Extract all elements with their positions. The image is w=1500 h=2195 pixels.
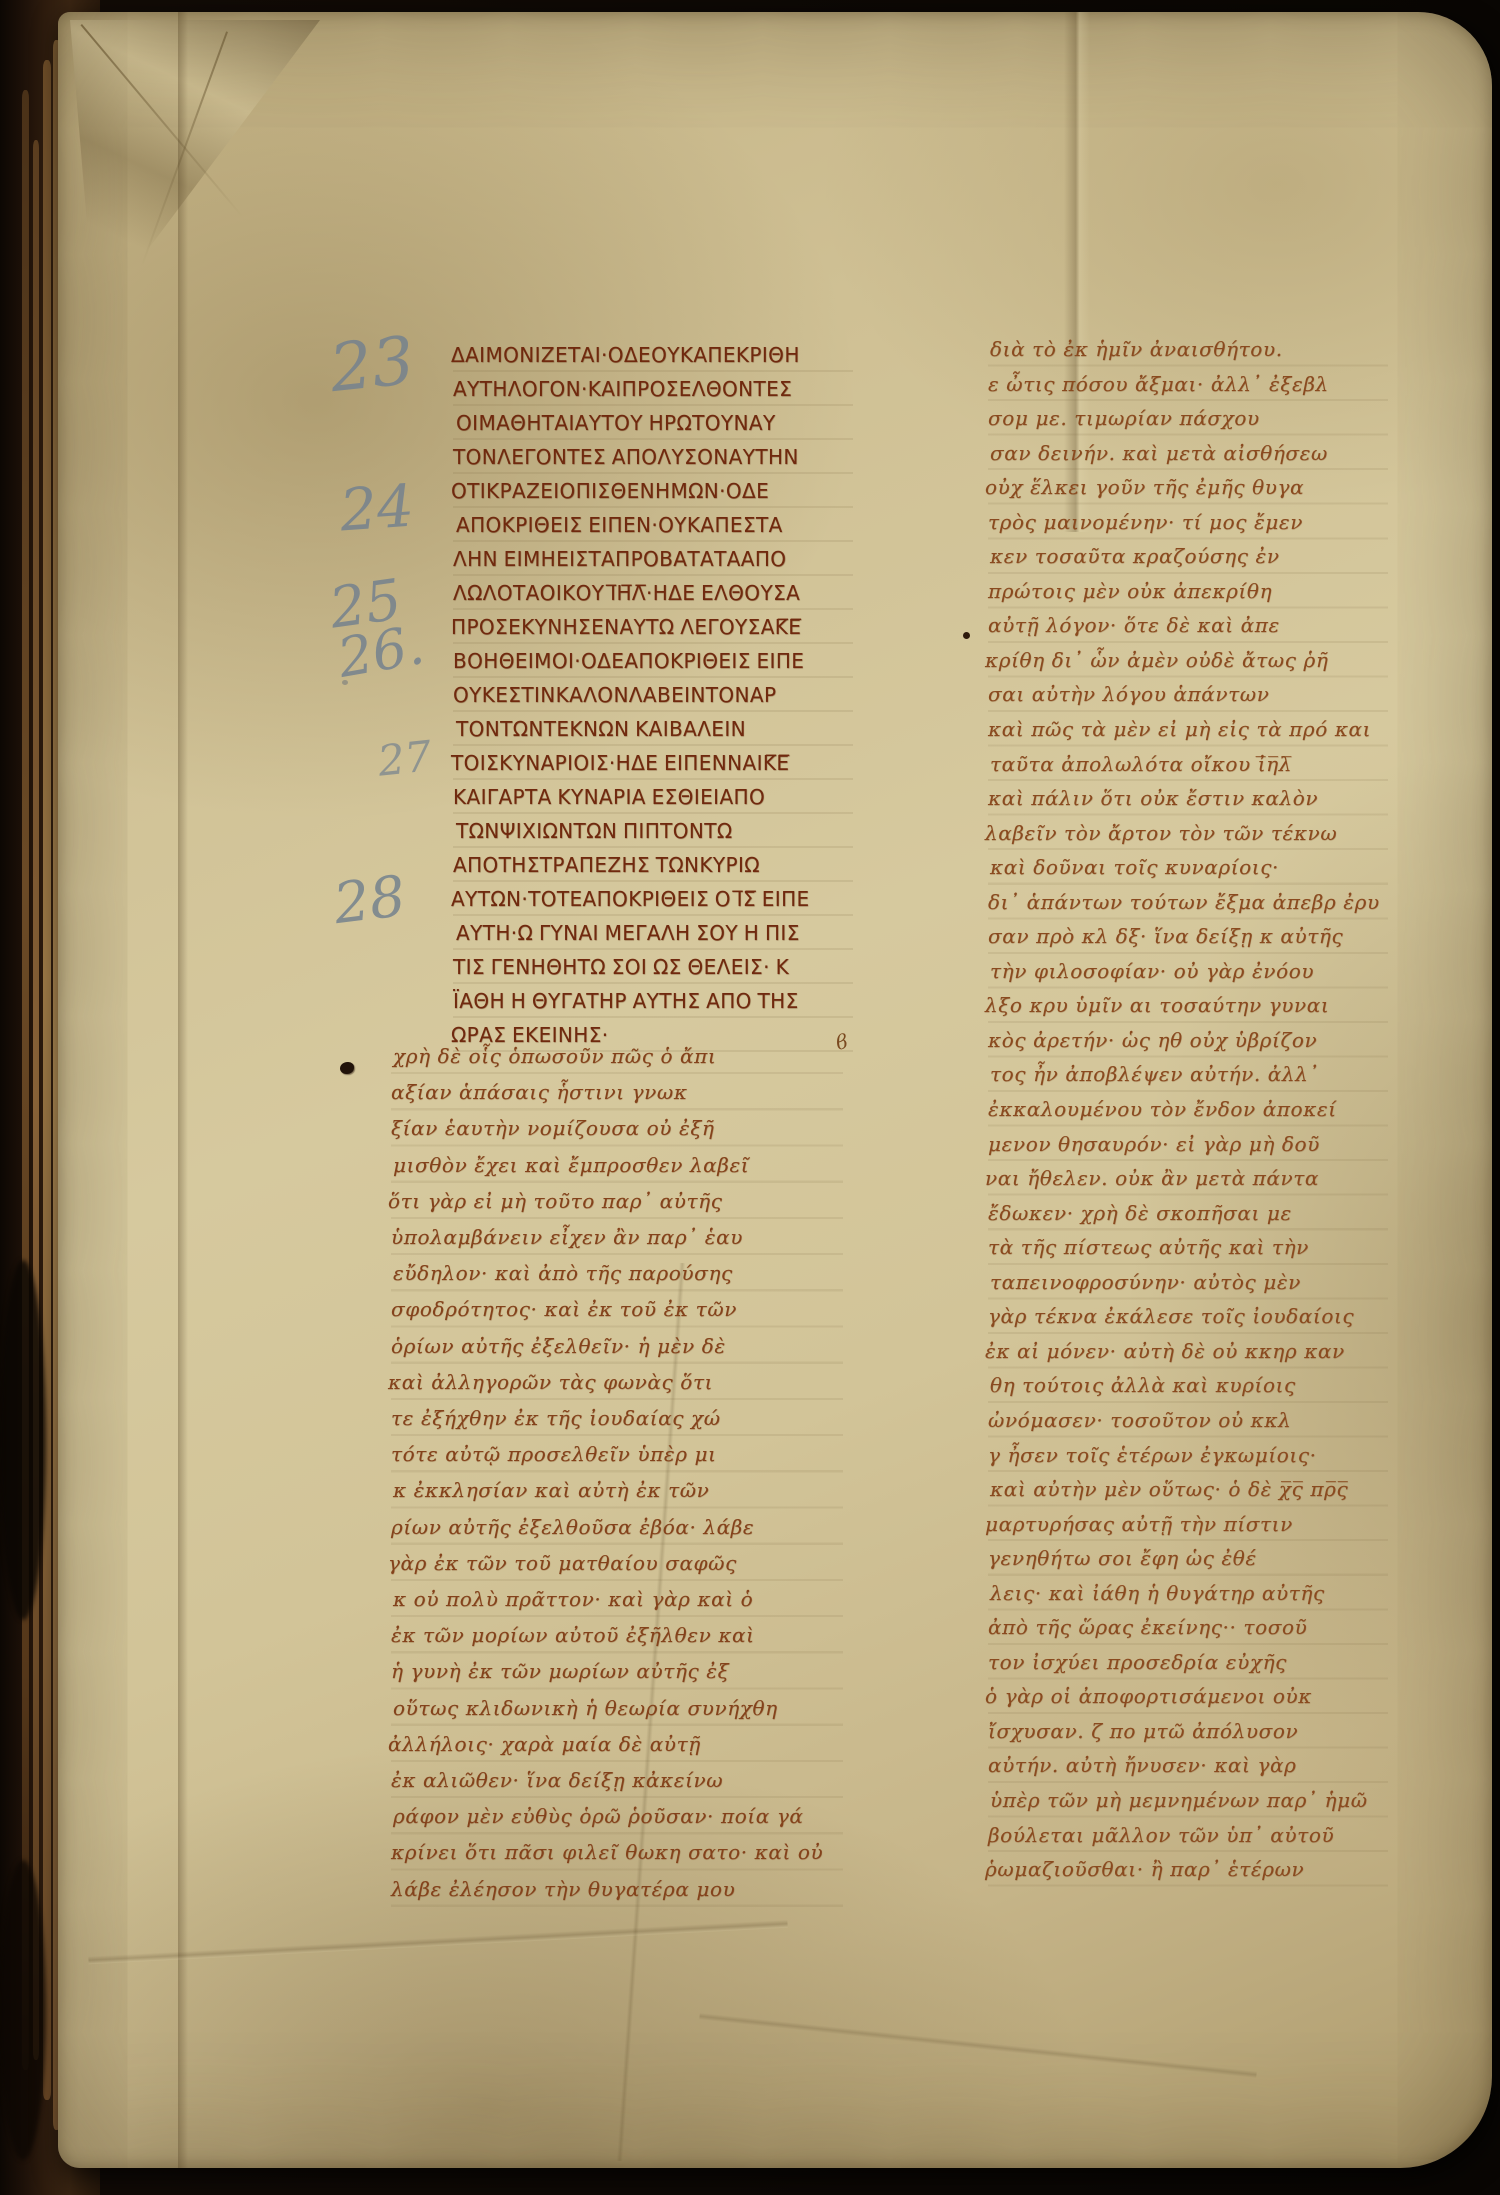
- verse-number-27: 27: [376, 731, 434, 785]
- verse-number-23: 23: [326, 322, 418, 407]
- text-line: τὴν φιλοσοφίαν· οὐ γὰρ ἐνόου: [990, 954, 1390, 989]
- text-line: ἐκ τῶν μορίων αὐτοῦ ἐξῆλθεν καὶ: [391, 1617, 843, 1653]
- ink-dot: [963, 632, 970, 639]
- text-line: σαι αὐτὴν λόγου ἁπάντων: [988, 677, 1388, 712]
- text-line: τε ἐξήχθην ἐκ τῆς ἰουδαίας χώ: [391, 1400, 843, 1436]
- text-line: ταῦτα ἀπολωλότα οἴκου ἰ̅η̅λ̅: [990, 747, 1390, 782]
- text-line: ὅτι γὰρ εἰ μὴ τοῦτο παρ᾽ αὐτῆς: [388, 1183, 840, 1219]
- text-line: διὰ τὸ ἐκ ἡμῖν ἀναισθήτου.: [990, 332, 1390, 367]
- text-line: βούλεται μᾶλλον τῶν ὑπ᾽ αὐτοῦ: [988, 1818, 1388, 1853]
- text-line: οὐχ ἕλκει γοῦν τῆς ἐμῆς θυγα: [985, 470, 1385, 505]
- text-line: ξίαν ἑαυτὴν νομίζουσα οὐ ἐξῆ: [391, 1110, 843, 1146]
- small-smudge: [342, 680, 348, 685]
- text-line: ΑΥΤΗ·Ω ΓΥΝΑΙ ΜΕΓΑΛΗ ΣΟΥ Η ΠΙΣ: [456, 916, 856, 950]
- text-line: κ οὐ πολὺ πρᾶττον· καὶ γὰρ καὶ ὁ: [393, 1581, 845, 1617]
- text-line: τρὸς μαινομένην· τί μος ἔμεν: [988, 505, 1388, 540]
- page-corner-fold: [70, 20, 320, 320]
- text-line: λάβε ἐλέησον τὴν θυγατέρα μου: [391, 1871, 843, 1907]
- text-line: γ ἦσεν τοῖς ἑτέρων ἐγκωμίοις·: [988, 1438, 1388, 1473]
- leather-bulge: [0, 1860, 46, 2160]
- gospel-uncial-block: ΔΑΙΜΟΝΙΖΕΤΑΙ·ΟΔΕΟΥΚΑΠΕΚΡΙΘΗΑΥΤΗΛΟΓΟΝ·ΚΑΙ…: [453, 338, 853, 1052]
- text-line: λαβεῖν τὸν ἄρτον τὸν τῶν τέκνω: [985, 816, 1385, 851]
- text-line: ὁρίων αὐτῆς ἐξελθεῖν· ἡ μὲν δὲ: [391, 1328, 843, 1364]
- text-line: ΤΟΝΛΕΓΟΝΤΕΣ ΑΠΟΛΥΣΟΝΑΥΤΗΝ: [453, 440, 853, 474]
- leaf-edge-strip: [22, 90, 29, 2070]
- text-line: ε ὦτις πόσου ἄξμαι· ἀλλ᾽ ἐξεβλ: [988, 367, 1388, 402]
- text-line: μενον θησαυρόν· εἰ γὰρ μὴ δοῦ: [988, 1127, 1388, 1162]
- text-line: γὰρ ἐκ τῶν τοῦ ματθαίου σαφῶς: [388, 1545, 840, 1581]
- page-crease: [699, 2013, 1257, 2078]
- text-line: οὕτως κλιδωνικὴ ἡ θεωρία συνήχθη: [393, 1690, 845, 1726]
- text-line: ΔΑΙΜΟΝΙΖΕΤΑΙ·ΟΔΕΟΥΚΑΠΕΚΡΙΘΗ: [451, 338, 851, 372]
- text-line: ὑπολαμβάνειν εἶχεν ἂν παρ᾽ ἑαυ: [391, 1219, 843, 1255]
- verse-number-28: 28: [330, 864, 409, 937]
- text-line: ΟΤΙΚΡΑΖΕΙΟΠΙΣΘΕΝΗΜΩΝ·ΟΔΕ: [451, 474, 851, 508]
- text-line: αξίαν ἁπάσαις ἧστινι γνωκ: [391, 1074, 843, 1110]
- text-line: ΑΠΟΚΡΙΘΕΙΣ ΕΙΠΕΝ·ΟΥΚΑΠΕΣΤΑ: [456, 508, 856, 542]
- text-line: γὰρ τέκνα ἐκάλεσε τοῖς ἰουδαίοις: [988, 1299, 1388, 1334]
- verse-number-26: 26.: [333, 613, 429, 690]
- text-line: ΟΙΜΑΘΗΤΑΙΑΥΤΟΥ ΗΡΩΤΟΥΝΑΥ: [456, 406, 856, 440]
- text-line: ὑπὲρ τῶν μὴ μεμνημένων παρ᾽ ἡμῶ: [990, 1783, 1390, 1818]
- page-crease: [178, 12, 188, 2168]
- text-line: ΚΑΙΓΑΡΤΑ ΚΥΝΑΡΙΑ ΕΣΘΙΕΙΑΠΟ: [453, 780, 853, 814]
- text-line: πρώτοις μὲν οὐκ ἀπεκρίθη: [988, 574, 1388, 609]
- text-line: ΪΑΘΗ Η ΘΥΓΑΤΗΡ ΑΥΤΗΣ ΑΠΟ ΤΗΣ: [453, 984, 853, 1018]
- text-line: σαν πρὸ κλ δξ· ἵνα δείξῃ κ αὐτῆς: [988, 919, 1388, 954]
- text-line: σφοδρότητος· καὶ ἐκ τοῦ ἐκ τῶν: [391, 1291, 843, 1327]
- text-line: κρίνει ὅτι πᾶσι φιλεῖ θωκη σατο· καὶ οὐ: [391, 1834, 843, 1870]
- text-line: ταπεινοφροσύνην· αὐτὸς μὲν: [990, 1265, 1390, 1300]
- text-line: ΤΙΣ ΓΕΝΗΘΗΤΩ ΣΟΙ ΩΣ ΘΕΛΕΙΣ· Κ: [453, 950, 853, 984]
- text-line: ΤΟΙΣΚΥΝΑΡΙΟΙΣ·ΗΔΕ ΕΙΠΕΝΝΑΙΚ̅Ε̅: [451, 746, 851, 780]
- text-line: καὶ πῶς τὰ μὲν εἰ μὴ εἰς τὰ πρό και: [988, 712, 1388, 747]
- text-line: καὶ δοῦναι τοῖς κυναρίοις·: [990, 850, 1390, 885]
- text-line: αὐτήν. αὐτὴ ἤνυσεν· καὶ γὰρ: [988, 1748, 1388, 1783]
- text-line: χρὴ δὲ οἷς ὁπωσοῦν πῶς ὁ ἄπι: [393, 1038, 845, 1074]
- text-line: ρίων αὐτῆς ἐξελθοῦσα ἐβόα· λάβε: [391, 1509, 843, 1545]
- text-line: λεις· καὶ ἰάθη ἡ θυγάτηρ αὐτῆς: [990, 1576, 1390, 1611]
- text-line: ὠνόμασεν· τοσοῦτον οὐ κκλ: [988, 1403, 1388, 1438]
- text-line: αὐτῇ λόγον· ὅτε δὲ καὶ ἀπε: [988, 608, 1388, 643]
- text-line: ὁ γὰρ οἱ ἀποφορτισάμενοι οὐκ: [985, 1679, 1385, 1714]
- text-line: ἐκκαλουμένου τὸν ἔνδον ἀποκεί: [988, 1092, 1388, 1127]
- text-line: ἐκ αἰ μόνεν· αὐτὴ δὲ οὐ κκηρ καν: [985, 1334, 1385, 1369]
- text-line: κρίθη δι᾽ ὧν ἀμὲν οὐδὲ ἄτως ῥῆ: [985, 643, 1385, 678]
- text-line: ἡ γυνὴ ἐκ τῶν μωρίων αὐτῆς ἐξ: [391, 1653, 843, 1689]
- left-commentary-block: χρὴ δὲ οἷς ὁπωσοῦν πῶς ὁ ἄπιαξίαν ἁπάσαι…: [391, 1038, 843, 1907]
- text-line: ἀλλήλοις· χαρὰ μαία δὲ αὐτῇ: [388, 1726, 840, 1762]
- text-line: μαρτυρήσας αὐτῇ τὴν πίστιν: [985, 1507, 1385, 1542]
- text-line: ῥωμαζιοῦσθαι· ἢ παρ᾽ ἑτέρων: [985, 1852, 1385, 1887]
- text-line: κὸς ἀρετήν· ὡς ηθ οὐχ ὑβρίζον: [988, 1023, 1388, 1058]
- text-line: κ ἐκκλησίαν καὶ αὐτὴ ἐκ τῶν: [393, 1472, 845, 1508]
- text-line: δι᾽ ἁπάντων τούτων ἔξμα ἀπεβρ ἐρυ: [988, 885, 1388, 920]
- ink-blot: [340, 1062, 354, 1074]
- text-line: τον ἰσχύει προσεδρία εὐχῆς: [988, 1645, 1388, 1680]
- text-line: ΑΠΟΤΗΣΤΡΑΠΕΖΗΣ ΤΩΝΚΥΡΙΩ: [453, 848, 853, 882]
- leather-bulge: [0, 1260, 46, 1620]
- manuscript-page: 23 24 25 26. 27 28 ΔΑΙΜΟΝΙΖΕΤΑΙ·ΟΔΕΟΥΚΑΠ…: [58, 12, 1492, 2168]
- text-line: ἀπὸ τῆς ὥρας ἐκείνης·· τοσοῦ: [988, 1610, 1388, 1645]
- verse-number-24: 24: [338, 472, 416, 545]
- photo-background: 23 24 25 26. 27 28 ΔΑΙΜΟΝΙΖΕΤΑΙ·ΟΔΕΟΥΚΑΠ…: [0, 0, 1500, 2195]
- text-line: ΠΡΟΣΕΚΥΝΗΣΕΝΑΥΤΩ ΛΕΓΟΥΣΑΚ̅Ε̅: [451, 610, 851, 644]
- text-line: καὶ πάλιν ὅτι οὐκ ἔστιν καλὸν: [988, 781, 1388, 816]
- text-line: ΑΥΤΗΛΟΓΟΝ·ΚΑΙΠΡΟΣΕΛΘΟΝΤΕΣ: [453, 372, 853, 406]
- leaf-edge-strip: [43, 60, 51, 2100]
- text-line: ΛΗΝ ΕΙΜΗΕΙΣΤΑΠΡΟΒΑΤΑΤΑΑΠΟ: [453, 542, 853, 576]
- text-line: λξο κρυ ὑμῖν αι τοσαύτην γυναι: [985, 988, 1385, 1023]
- text-line: ράφον μὲν εὐθὺς ὁρῶ ῥοῦσαν· ποία γά: [393, 1798, 845, 1834]
- text-line: σομ με. τιμωρίαν πάσχου: [988, 401, 1388, 436]
- text-line: κεν τοσαῦτα κραζούσης ἐν: [990, 539, 1390, 574]
- text-line: ΤΟΝΤΩΝΤΕΚΝΩΝ ΚΑΙΒΑΛΕΙΝ: [456, 712, 856, 746]
- text-line: ΒΟΗΘΕΙΜΟΙ·ΟΔΕΑΠΟΚΡΙΘΕΙΣ ΕΙΠΕ: [453, 644, 853, 678]
- text-line: σαν δεινήν. καὶ μετὰ αἰσθήσεω: [990, 436, 1390, 471]
- text-line: ΟΥΚΕΣΤΙΝΚΑΛΟΝΛΑΒΕΙΝΤΟΝΑΡ: [453, 678, 853, 712]
- text-line: καὶ ἀλληγορῶν τὰς φωνὰς ὅτι: [388, 1364, 840, 1400]
- text-line: τος ἦν ἀποβλέψεν αὐτήν. ἀλλ᾽: [990, 1057, 1390, 1092]
- text-line: μισθὸν ἔχει καὶ ἔμπροσθεν λαβεῖ: [393, 1147, 845, 1183]
- right-commentary-block: διὰ τὸ ἐκ ἡμῖν ἀναισθήτου.ε ὦτις πόσου ἄ…: [988, 332, 1388, 1887]
- text-line: εὔδηλον· καὶ ἀπὸ τῆς παρούσης: [393, 1255, 845, 1291]
- text-line: καὶ αὐτὴν μὲν οὕτως· ὁ δὲ χ̅ς̅ πρ̅ς̅: [990, 1472, 1390, 1507]
- text-line: γενηθήτω σοι ἔφη ὡς ἐθέ: [988, 1541, 1388, 1576]
- text-line: θη τούτοις ἀλλὰ καὶ κυρίοις: [990, 1368, 1390, 1403]
- leaf-edge-strip: [33, 140, 39, 2060]
- text-line: ΛΩΛΟΤΑΟΙΚΟΥ Ι̅Η̅Λ̅·ΗΔΕ ΕΛΘΟΥΣΑ: [453, 576, 853, 610]
- text-line: ἴσχυσαν. ζ πο μτῶ ἀπόλυσον: [988, 1714, 1388, 1749]
- text-line: τὰ τῆς πίστεως αὐτῆς καὶ τὴν: [988, 1230, 1388, 1265]
- text-line: ΤΩΝΨΙΧΙΩΝΤΩΝ ΠΙΠΤΟΝΤΩ: [456, 814, 856, 848]
- text-line: τότε αὐτῷ προσελθεῖν ὑπὲρ μι: [391, 1436, 843, 1472]
- text-line: ἐκ αλιῶθεν· ἵνα δείξῃ κἀκείνω: [391, 1762, 843, 1798]
- text-line: ναι ἤθελεν. οὐκ ἂν μετὰ πάντα: [985, 1161, 1385, 1196]
- page-crease: [88, 1920, 787, 1965]
- text-line: ΑΥΤΩΝ·ΤΟΤΕΑΠΟΚΡΙΘΕΙΣ Ο Ι̅Σ̅ ΕΙΠΕ: [451, 882, 851, 916]
- text-line: ἔδωκεν· χρὴ δὲ σκοπῆσαι με: [988, 1196, 1388, 1231]
